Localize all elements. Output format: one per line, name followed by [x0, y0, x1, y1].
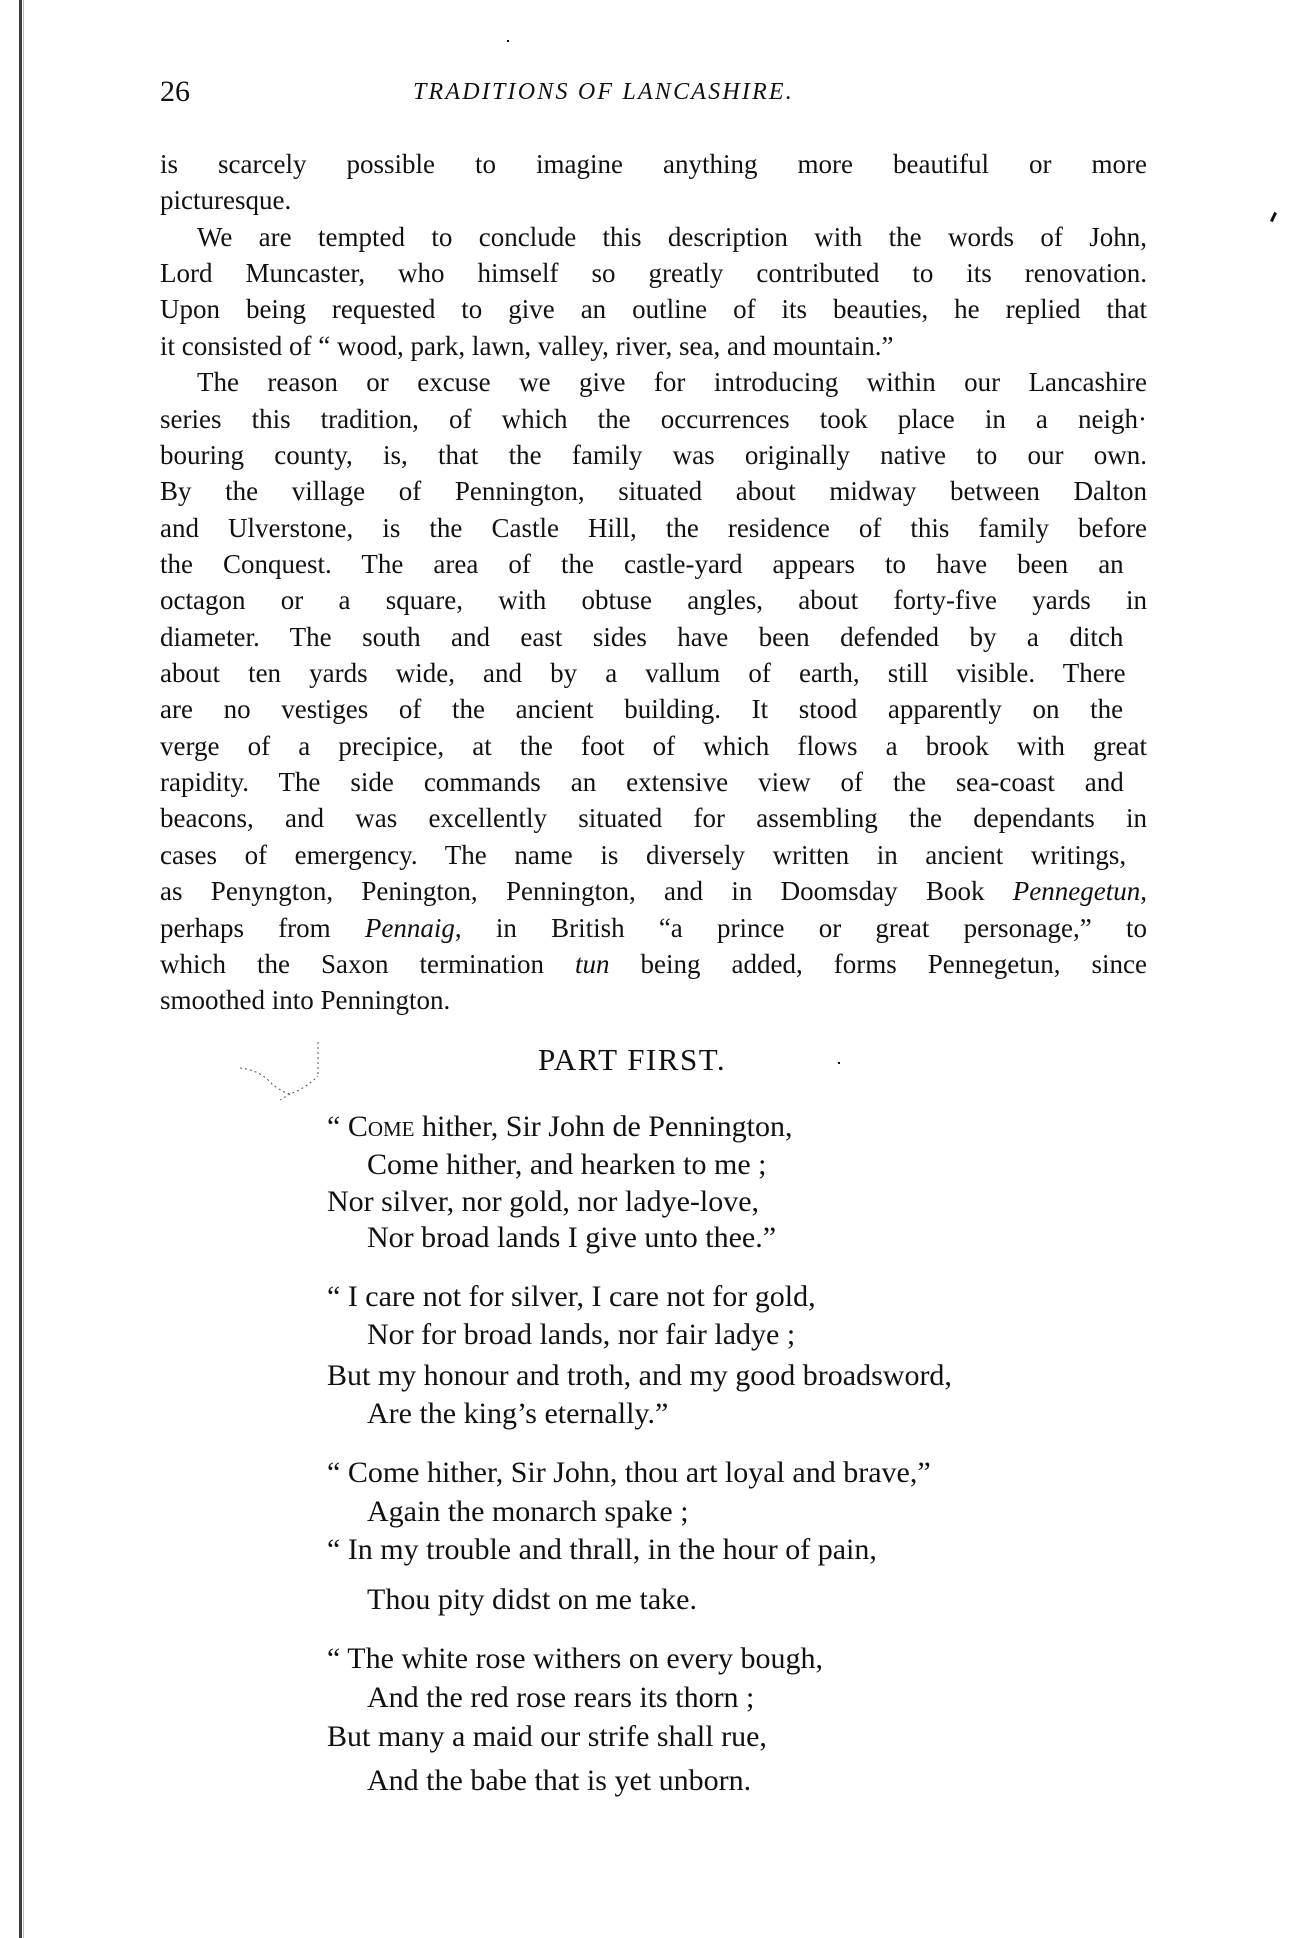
smallcaps-word: Come: [348, 1110, 415, 1143]
page-binding-shadow: [23, 0, 24, 1938]
verse-line: Thou pity didst on me take.: [367, 1581, 697, 1619]
page-number: 26: [160, 74, 190, 110]
body-line-text: We are tempted to conclude this descript…: [197, 222, 1147, 252]
body-line-text: bouring county, is, that the family was …: [160, 440, 1147, 470]
body-line: octagon or a square, with obtuse angles,…: [160, 582, 1147, 618]
body-line: are no vestiges of the ancient building.…: [160, 691, 1147, 727]
body-line-text: diameter. The south and east sides have …: [160, 622, 1123, 652]
body-line: The reason or excuse we give for introdu…: [197, 364, 1147, 400]
body-line-text: series this tradition, of which the occu…: [160, 404, 1147, 434]
verse-line: And the babe that is yet unborn.: [367, 1762, 751, 1800]
body-line: and Ulverstone, is the Castle Hill, the …: [160, 510, 1147, 546]
body-line: Lord Muncaster, who himself so greatly c…: [160, 255, 1147, 291]
body-line: smoothed into Pennington.: [160, 982, 1147, 1018]
pencil-scribble: [220, 1040, 350, 1120]
verse-line-text: And the red rose rears its thorn ;: [367, 1681, 754, 1714]
body-line-text: perhaps from: [160, 913, 365, 943]
body-line: We are tempted to conclude this descript…: [197, 219, 1147, 255]
section-heading: PART FIRST.: [538, 1042, 784, 1078]
body-line: cases of emergency. The name is diversel…: [160, 837, 1147, 873]
verse-line: Are the king’s eternally.”: [367, 1395, 668, 1433]
body-line: as Penyngton, Penington, Pennington, and…: [160, 873, 1147, 909]
body-line: rapidity. The side commands an extensive…: [160, 764, 1147, 800]
verse-line: “ In my trouble and thrall, in the hour …: [327, 1531, 877, 1569]
stray-ink-mark: [1270, 212, 1277, 222]
body-line: about ten yards wide, and by a vallum of…: [160, 655, 1147, 691]
verse-line-text: Come hither, and hearken to me ;: [367, 1148, 767, 1181]
body-line-text: the Conquest. The area of the castle-yar…: [160, 549, 1124, 579]
body-line: picturesque.: [160, 182, 1147, 218]
verse-line-text: “ Come hither, Sir John, thou art loyal …: [327, 1456, 931, 1489]
verse-line: And the red rose rears its thorn ;: [367, 1679, 754, 1717]
verse-line: But many a maid our strife shall rue,: [327, 1718, 767, 1756]
italic-term: Pennaig: [365, 913, 455, 943]
verse-line-text: But many a maid our strife shall rue,: [327, 1720, 767, 1753]
verse-line-text: “ The white rose withers on every bough,: [327, 1642, 823, 1675]
body-line-text: are no vestiges of the ancient building.…: [160, 694, 1123, 724]
body-line-text: smoothed into Pennington.: [160, 985, 450, 1015]
body-line-text: rapidity. The side commands an extensive…: [160, 767, 1124, 797]
verse-line-text: Are the king’s eternally.”: [367, 1397, 668, 1430]
body-line-text: picturesque.: [160, 185, 291, 215]
body-line: bouring county, is, that the family was …: [160, 437, 1147, 473]
body-line: perhaps from Pennaig, in British “a prin…: [160, 910, 1147, 946]
body-line: By the village of Pennington, situated a…: [160, 473, 1147, 509]
verse-line: “ Come hither, Sir John, thou art loyal …: [327, 1454, 931, 1492]
verse-line-text: hither, Sir John de Pennington,: [415, 1110, 793, 1143]
body-line-text: about ten yards wide, and by a vallum of…: [160, 658, 1126, 688]
page-binding-edge: [19, 0, 22, 1938]
verse-line: Again the monarch spake ;: [367, 1493, 689, 1531]
verse-line-text: Thou pity didst on me take.: [367, 1583, 697, 1616]
body-line-text: it consisted of “ wood, park, lawn, vall…: [160, 331, 893, 361]
body-line: the Conquest. The area of the castle-yar…: [160, 546, 1147, 582]
verse-line-text: “ I care not for silver, I care not for …: [327, 1280, 816, 1313]
body-line-text: being added, forms Pennegetun, since: [610, 949, 1147, 979]
body-line-text: ,: [1140, 876, 1147, 906]
body-line-text: , in British “a prince or great personag…: [455, 913, 1147, 943]
body-line-text: By the village of Pennington, situated a…: [160, 476, 1147, 506]
verse-line: Nor broad lands I give unto thee.”: [367, 1219, 776, 1257]
verse-line-text: But my honour and troth, and my good bro…: [327, 1359, 952, 1392]
stray-ink-dot: [507, 40, 509, 42]
verse-line: Nor silver, nor gold, nor ladye-love,: [327, 1183, 759, 1221]
verse-line: “ The white rose withers on every bough,: [327, 1640, 823, 1678]
body-line-text: octagon or a square, with obtuse angles,…: [160, 585, 1147, 615]
body-line: it consisted of “ wood, park, lawn, vall…: [160, 328, 1147, 364]
running-head: TRADITIONS OF LANCASHIRE.: [413, 76, 895, 108]
body-line-text: is scarcely possible to imagine anything…: [160, 149, 1147, 179]
verse-line-text: And the babe that is yet unborn.: [367, 1764, 751, 1797]
italic-term: tun: [575, 949, 610, 979]
verse-line-text: Nor silver, nor gold, nor ladye-love,: [327, 1185, 759, 1218]
verse-line-text: Nor broad lands I give unto thee.”: [367, 1221, 776, 1254]
italic-term: Pennegetun: [1013, 876, 1140, 906]
verse-line-text: Nor for broad lands, nor fair ladye ;: [367, 1318, 795, 1351]
body-line-text: Lord Muncaster, who himself so greatly c…: [160, 258, 1147, 288]
body-line-text: verge of a precipice, at the foot of whi…: [160, 731, 1147, 761]
body-line-text: Upon being requested to give an outline …: [160, 294, 1147, 324]
body-line-text: as Penyngton, Penington, Pennington, and…: [160, 876, 1013, 906]
body-line-text: beacons, and was excellently situated fo…: [160, 803, 1147, 833]
body-line: which the Saxon termination tun being ad…: [160, 946, 1147, 982]
verse-line: “ I care not for silver, I care not for …: [327, 1278, 816, 1316]
body-line-text: and Ulverstone, is the Castle Hill, the …: [160, 513, 1147, 543]
body-line: verge of a precipice, at the foot of whi…: [160, 728, 1147, 764]
verse-line: Come hither, and hearken to me ;: [367, 1146, 767, 1184]
verse-line: “ Come hither, Sir John de Pennington,: [327, 1108, 792, 1146]
body-line: Upon being requested to give an outline …: [160, 291, 1147, 327]
book-page: 26 TRADITIONS OF LANCASHIRE. is scarcely…: [0, 0, 1293, 1938]
verse-line-text: “ In my trouble and thrall, in the hour …: [327, 1533, 877, 1566]
verse-line: But my honour and troth, and my good bro…: [327, 1357, 952, 1395]
body-line: beacons, and was excellently situated fo…: [160, 800, 1147, 836]
body-line: is scarcely possible to imagine anything…: [160, 146, 1147, 182]
body-line-text: The reason or excuse we give for introdu…: [197, 367, 1147, 397]
body-line: diameter. The south and east sides have …: [160, 619, 1147, 655]
stray-ink-dot: [838, 1062, 840, 1064]
verse-line: Nor for broad lands, nor fair ladye ;: [367, 1316, 795, 1354]
body-line: series this tradition, of which the occu…: [160, 401, 1147, 437]
verse-line-text: Again the monarch spake ;: [367, 1495, 689, 1528]
body-line-text: cases of emergency. The name is diversel…: [160, 840, 1126, 870]
body-line-text: which the Saxon termination: [160, 949, 575, 979]
